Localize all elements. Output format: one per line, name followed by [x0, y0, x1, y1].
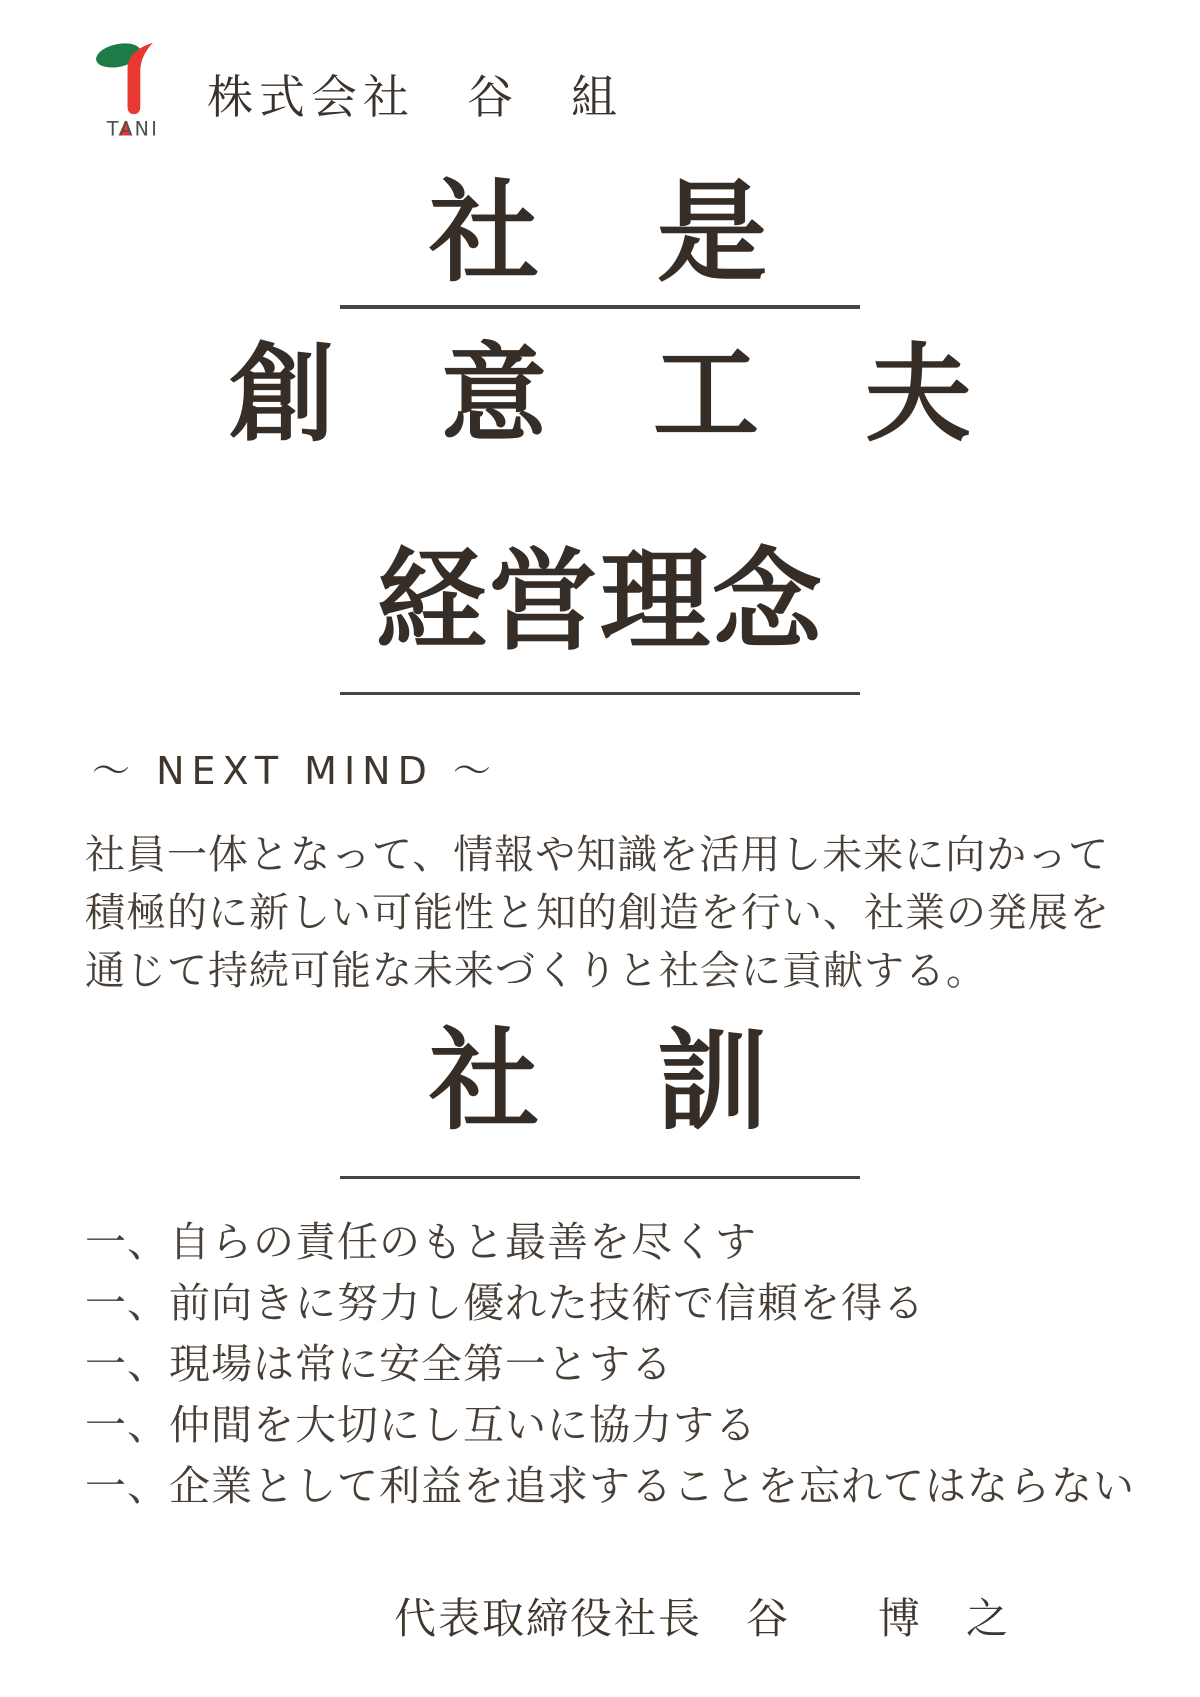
precept-item: 一、企業として利益を追求することを忘れてはならない	[85, 1456, 1165, 1517]
precept-list: 一、自らの責任のもと最善を尽くす 一、前向きに努力し優れた技術で信頼を得る 一、…	[85, 1212, 1165, 1517]
rinen-underline	[340, 692, 860, 695]
shaze-heading: 社 是	[0, 170, 1200, 297]
company-name: 株式会社 谷 組	[207, 53, 623, 127]
precept-item: 一、前向きに努力し優れた技術で信頼を得る	[85, 1273, 1165, 1334]
document-header: TANI 株式会社 谷 組	[85, 40, 623, 140]
company-philosophy-document: TANI 株式会社 谷 組 社 是 創 意 工 夫 経営理念 ～ NEXT MI…	[0, 0, 1200, 1697]
shakun-underline	[340, 1176, 860, 1179]
rinen-heading: 経営理念	[0, 538, 1200, 665]
president-signature: 代表取締役社長 谷 博 之	[0, 1586, 1200, 1646]
philosophy-paragraph: 社員一体となって、情報や知識を活用し未来に向かって 積極的に新しい可能性と知的創…	[85, 826, 1135, 1000]
shakun-heading: 社 訓	[0, 1018, 1200, 1145]
precept-item: 一、自らの責任のもと最善を尽くす	[85, 1212, 1165, 1273]
philosophy-line: 通じて持続可能な未来づくりと社会に貢献する。	[85, 942, 1135, 1000]
shaze-motto: 創 意 工 夫	[0, 330, 1200, 457]
precept-item: 一、仲間を大切にし互いに協力する	[85, 1395, 1165, 1456]
philosophy-line: 積極的に新しい可能性と知的創造を行い、社業の発展を	[85, 884, 1135, 942]
next-mind-slogan: ～ NEXT MIND ～	[92, 740, 498, 795]
philosophy-line: 社員一体となって、情報や知識を活用し未来に向かって	[85, 826, 1135, 884]
precept-item: 一、現場は常に安全第一とする	[85, 1334, 1165, 1395]
tani-logo-icon: TANI	[85, 40, 181, 140]
logo-wordmark: TANI	[106, 117, 159, 140]
shaze-underline	[340, 305, 860, 309]
